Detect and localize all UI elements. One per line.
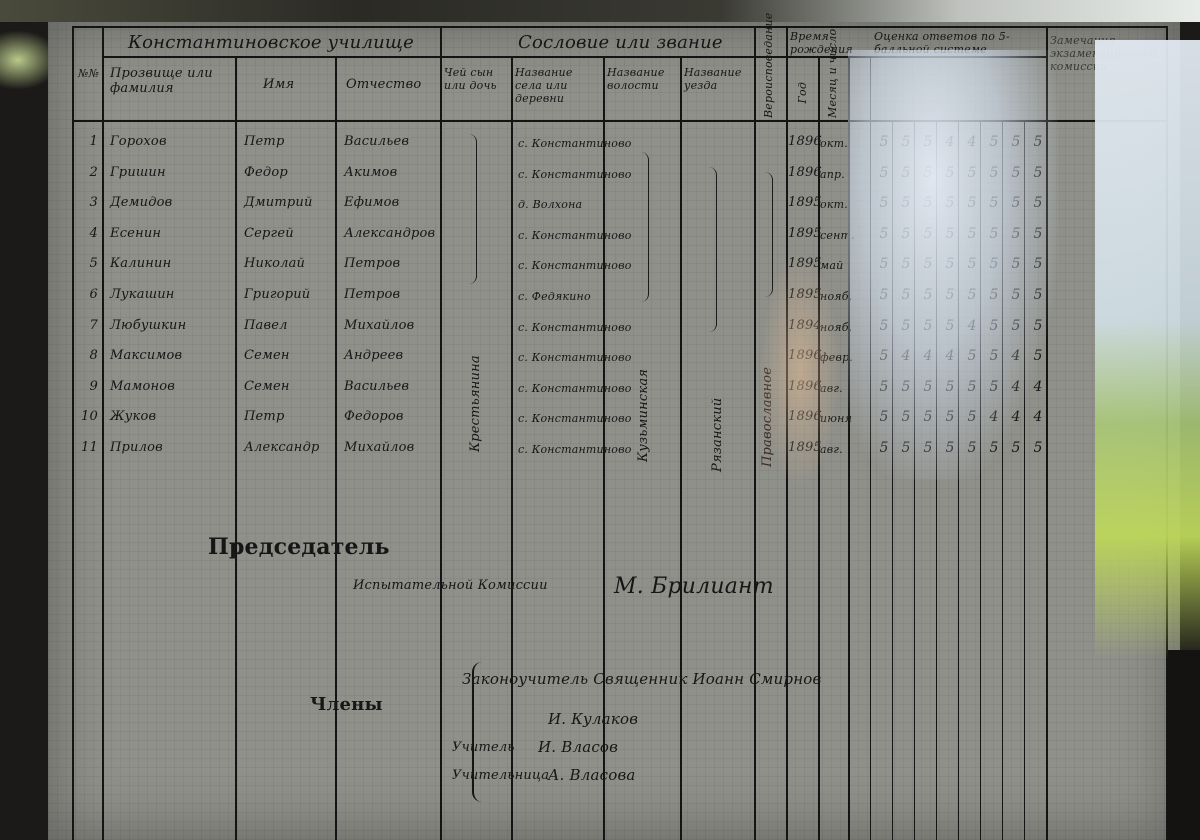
birth-month-cell: нояб. [820,321,852,334]
col-whose-son: Чей сын или дочь [444,66,510,92]
patronymic-cell: Ефимов [344,195,399,210]
birth-month-cell: сент. [820,229,855,242]
rule [440,26,442,840]
patronymic-cell: Федоров [344,409,404,424]
grade-cell: 4 [1006,348,1026,364]
birth-year-cell: 1895 [788,256,822,271]
grade-cell: 4 [918,348,938,364]
col-first-name: Имя [263,77,294,92]
surname-cell: Любушкин [110,318,186,333]
birth-month-cell: февр. [820,351,853,364]
grade-cell: 5 [1028,195,1048,211]
grade-cell: 4 [1028,409,1048,425]
grade-cell: 5 [918,440,938,456]
surname-cell: Жуков [110,409,156,424]
grade-cell: 5 [896,287,916,303]
rule [870,56,871,840]
col-birth-header: Время рождения [790,30,852,56]
first-name-cell: Николай [244,256,305,271]
grade-cell: 5 [918,134,938,150]
grade-cell: 4 [962,318,982,334]
rule [235,56,237,840]
grade-cell: 5 [940,318,960,334]
row-number: 4 [76,226,98,241]
grade-cell: 5 [962,379,982,395]
rule [102,26,104,840]
grade-cell: 5 [1028,165,1048,181]
surname-cell: Лукашин [110,287,175,302]
col-religion: Вероисповедание [762,32,775,118]
settlement-cell: с. Константиново [518,321,632,334]
volost-value: Кузьминская [636,312,651,462]
birth-month-cell: май [820,259,843,272]
settlement-cell: с. Константиново [518,351,632,364]
grade-cell: 5 [984,134,1004,150]
grade-cell: 5 [918,256,938,272]
grade-cell: 5 [874,287,894,303]
birth-month-cell: окт. [820,137,848,150]
chairman-title: Председатель [208,534,390,560]
brace-line [764,172,773,297]
grade-cell: 5 [918,409,938,425]
grade-cell: 5 [984,256,1004,272]
row-number: 3 [76,195,98,210]
grade-cell: 5 [874,440,894,456]
birth-year-cell: 1896 [788,409,822,424]
row-number: 5 [76,256,98,271]
settlement-cell: д. Волхона [518,198,582,211]
first-name-cell: Семен [244,379,290,394]
grade-cell: 4 [940,134,960,150]
grade-cell: 5 [874,226,894,242]
member-4-signature: А. Власова [548,766,636,784]
grade-cell: 5 [1006,226,1026,242]
grade-cell: 5 [962,226,982,242]
grade-cell: 5 [962,440,982,456]
grade-cell: 5 [896,165,916,181]
member-1-signature: Законоучитель Священник Иоанн Смирнов [462,670,821,688]
grade-cell: 5 [1028,256,1048,272]
col-surname: Прозвище или фамилия [110,66,230,96]
grade-cell: 5 [874,134,894,150]
grade-cell: 5 [918,226,938,242]
grade-cell: 5 [962,256,982,272]
settlement-cell: с. Константиново [518,168,632,181]
surname-cell: Прилов [110,440,163,455]
grade-cell: 5 [896,226,916,242]
settlement-cell: с. Константиново [518,137,632,150]
grade-cell: 5 [940,226,960,242]
grade-cell: 5 [984,195,1004,211]
grade-cell: 5 [918,165,938,181]
rule [102,56,1046,58]
rule [511,56,513,840]
settlement-cell: с. Константиново [518,259,632,272]
grade-cell: 5 [962,409,982,425]
first-name-cell: Григорий [244,287,310,302]
birth-year-cell: 1895 [788,287,822,302]
patronymic-cell: Александров [344,226,435,241]
grade-cell: 4 [1006,379,1026,395]
row-number: 9 [76,379,98,394]
grade-cell: 5 [896,256,916,272]
birth-year-cell: 1896 [788,379,822,394]
grade-cell: 5 [918,379,938,395]
birth-month-cell: апр. [820,168,845,181]
member-3-role: Учитель [452,740,515,755]
first-name-cell: Петр [244,134,284,149]
grade-cell: 4 [1028,379,1048,395]
birth-year-cell: 1895 [788,195,822,210]
grade-cell: 5 [940,440,960,456]
col-settlement: Название села или деревни [515,66,601,105]
surname-cell: Гришин [110,165,166,180]
birth-month-cell: авг. [820,382,843,395]
grade-cell: 5 [874,256,894,272]
first-name-cell: Петр [244,409,284,424]
settlement-cell: с. Константиново [518,229,632,242]
grade-cell: 5 [896,195,916,211]
grade-cell: 4 [896,348,916,364]
grade-cell: 4 [940,348,960,364]
col-uyezd: Название уезда [684,66,754,92]
grade-cell: 5 [984,318,1004,334]
row-number: 7 [76,318,98,333]
brace-line [708,167,717,332]
settlement-cell: с. Федякино [518,290,591,303]
register-sheet: Константиновское училище Сословие или зв… [48,22,1180,840]
grade-cell: 5 [940,379,960,395]
birth-month-cell: окт. [820,198,848,211]
surname-cell: Максимов [110,348,182,363]
grade-cell: 5 [896,318,916,334]
commission-label: Испытательной Комиссии [353,578,548,593]
birth-month-cell: нояб. [820,290,852,303]
col-volost: Название волости [607,66,679,92]
surname-cell: Горохов [110,134,167,149]
birth-month-cell: авг. [820,443,843,456]
grade-cell: 4 [962,134,982,150]
birth-month-cell: июня [820,412,852,425]
rule [680,56,682,840]
uyezd-value: Рязанский [710,342,725,472]
surname-cell: Калинин [110,256,171,271]
grade-cell: 5 [962,195,982,211]
grade-cell: 5 [984,379,1004,395]
row-number: 10 [76,409,98,424]
col-number: №№ [78,67,99,80]
patronymic-cell: Петров [344,256,400,271]
grade-cell: 5 [984,440,1004,456]
grade-cell: 5 [1006,287,1026,303]
background-glow [0,0,1200,22]
col-patronymic: Отчество [346,77,421,92]
rule [72,26,1168,28]
brace-line [468,134,477,284]
settlement-cell: с. Константиново [518,443,632,456]
brace-line [640,152,649,302]
grade-cell: 5 [940,256,960,272]
grade-cell: 5 [1028,134,1048,150]
rule [72,26,74,840]
grade-cell: 5 [874,348,894,364]
row-number: 8 [76,348,98,363]
patronymic-cell: Андреев [344,348,403,363]
chairman-signature: М. Брилиант [614,574,774,599]
estate-header: Сословие или звание [518,32,723,53]
grade-cell: 5 [940,409,960,425]
grade-cell: 5 [1028,440,1048,456]
grade-cell: 5 [984,226,1004,242]
grade-cell: 5 [918,195,938,211]
grade-cell: 5 [940,165,960,181]
birth-year-cell: 1895 [788,226,822,241]
first-name-cell: Павел [244,318,288,333]
grade-cell: 5 [1028,348,1048,364]
grade-cell: 5 [896,134,916,150]
surname-cell: Демидов [110,195,172,210]
patronymic-cell: Васильев [344,134,409,149]
rule [72,120,1168,122]
col-birth-month: Месяц и число [826,62,839,118]
grade-cell: 5 [874,318,894,334]
birth-year-cell: 1896 [788,348,822,363]
col-birth-year: Год [796,82,809,103]
grade-cell: 5 [940,287,960,303]
rule [754,26,756,840]
patronymic-cell: Васильев [344,379,409,394]
grade-cell: 5 [1006,440,1026,456]
surname-cell: Мамонов [110,379,175,394]
rule [335,56,337,840]
row-number: 2 [76,165,98,180]
settlement-cell: с. Константиново [518,412,632,425]
religion-value: Православное [760,307,775,467]
first-name-cell: Дмитрий [244,195,313,210]
grade-cell: 5 [962,348,982,364]
row-number: 1 [76,134,98,149]
grade-cell: 5 [874,409,894,425]
grade-cell: 5 [962,287,982,303]
grade-cell: 5 [874,195,894,211]
school-header: Константиновское училище [128,32,414,53]
grade-cell: 5 [1028,318,1048,334]
patronymic-cell: Петров [344,287,400,302]
grade-cell: 5 [1028,287,1048,303]
first-name-cell: Семен [244,348,290,363]
grade-cell: 5 [940,195,960,211]
grade-cell: 4 [1006,409,1026,425]
birth-year-cell: 1896 [788,165,822,180]
first-name-cell: Александр [244,440,320,455]
grade-cell: 5 [1006,195,1026,211]
grade-cell: 5 [1006,256,1026,272]
first-name-cell: Сергей [244,226,294,241]
settlement-cell: с. Константиново [518,382,632,395]
grade-cell: 5 [874,379,894,395]
row-number: 11 [76,440,98,455]
patronymic-cell: Акимов [344,165,397,180]
grade-cell: 5 [918,318,938,334]
col-grades-header: Оценка ответов по 5-балльной системе [874,30,1044,56]
grade-cell: 5 [918,287,938,303]
grade-cell: 5 [896,440,916,456]
grade-cell: 5 [896,379,916,395]
grade-cell: 5 [1006,134,1026,150]
birth-year-cell: 1895 [788,440,822,455]
patronymic-cell: Михайлов [344,318,414,333]
grade-cell: 5 [1006,165,1026,181]
patronymic-cell: Михайлов [344,440,414,455]
grade-cell: 5 [984,165,1004,181]
birth-year-cell: 1896 [788,134,822,149]
background-dark [1168,650,1200,840]
birth-year-cell: 1894 [788,318,822,333]
grade-cell: 5 [1006,318,1026,334]
grade-cell: 5 [1028,226,1048,242]
surname-cell: Есенин [110,226,161,241]
row-number: 6 [76,287,98,302]
col-notes-header: Замечания экзаменационной комиссии [1050,34,1162,73]
member-2-signature: И. Кулаков [548,710,638,728]
member-4-role: Учительница [452,768,549,783]
first-name-cell: Федор [244,165,288,180]
grade-cell: 4 [984,409,1004,425]
whose-son-value: Крестьянина [468,292,483,452]
grade-cell: 5 [984,287,1004,303]
rule [848,56,850,840]
members-label: Члены [310,694,383,715]
grade-cell: 5 [984,348,1004,364]
grade-cell: 5 [962,165,982,181]
grade-cell: 5 [896,409,916,425]
grade-cell: 5 [874,165,894,181]
member-3-signature: И. Власов [538,738,618,756]
